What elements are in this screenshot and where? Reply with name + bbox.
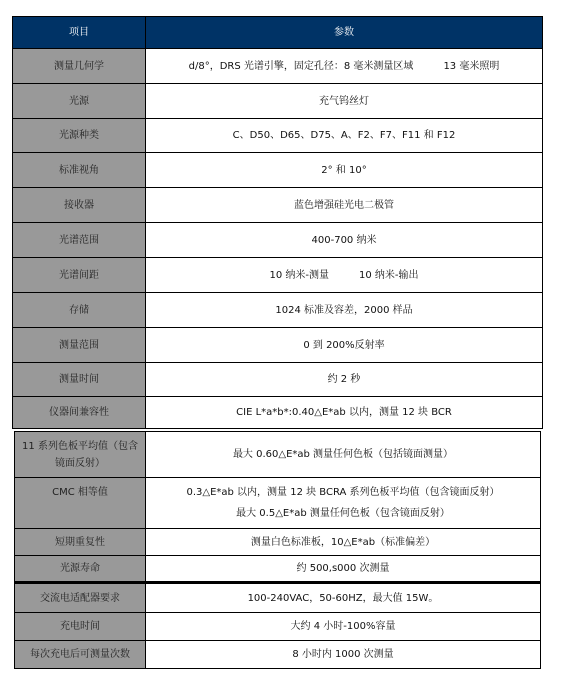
row-value: 2° 和 10° <box>146 153 543 188</box>
row-value: 8 小时内 1000 次测量 <box>146 641 541 669</box>
row-value: d/8°，DRS 光谱引擎，固定孔径：8 毫米测量区域13 毫米照明 <box>146 49 543 84</box>
table-row: 测量时间 约 2 秒 <box>13 363 543 397</box>
table-row: 标准视角 2° 和 10° <box>13 153 543 188</box>
row-label: 光源 <box>13 84 146 119</box>
row-label: 每次充电后可测量次数 <box>15 641 146 669</box>
table-row: CMC 相等值 0.3△E*ab 以内，测量 12 块 BCRA 系列色板平均值… <box>15 478 541 529</box>
row-label: CMC 相等值 <box>15 478 146 529</box>
table-row: 仪器间兼容性 CIE L*a*b*:0.40△E*ab 以内，测量 12 块 B… <box>13 397 543 429</box>
table-row: 光源 充气钨丝灯 <box>13 84 543 119</box>
row-label: 标准视角 <box>13 153 146 188</box>
row-value: 0.3△E*ab 以内，测量 12 块 BCRA 系列色板平均值（包含镜面反射）… <box>146 478 541 529</box>
row-value: 充气钨丝灯 <box>146 84 543 119</box>
row-label: 交流电适配器要求 <box>15 583 146 613</box>
row-value-line: 最大 0.5△E*ab 测量任何色板（包含镜面反射） <box>150 503 536 524</box>
spec-table-lower: 11 系列色板平均值（包含镜面反射） 最大 0.60△E*ab 测量任何色板（包… <box>14 431 541 669</box>
row-value-part: 10 纳米-输出 <box>359 270 419 281</box>
row-value: 测量白色标准板，10△E*ab（标准偏差） <box>146 529 541 556</box>
row-value: 约 500,s000 次测量 <box>146 556 541 583</box>
row-label: 光源寿命 <box>15 556 146 583</box>
row-value: C、D50、D65、D75、A、F2、F7、F11 和 F12 <box>146 119 543 153</box>
row-label: 短期重复性 <box>15 529 146 556</box>
table-row: 交流电适配器要求 100-240VAC，50-60HZ，最大值 15W。 <box>15 583 541 613</box>
table-row: 光源寿命 约 500,s000 次测量 <box>15 556 541 583</box>
row-value: 0 到 200%反射率 <box>146 328 543 363</box>
row-label: 光源种类 <box>13 119 146 153</box>
row-label: 测量范围 <box>13 328 146 363</box>
row-label: 光谱间距 <box>13 258 146 293</box>
table-row: 光谱范围 400-700 纳米 <box>13 223 543 258</box>
table-row: 充电时间 大约 4 小时-100%容量 <box>15 613 541 641</box>
row-value-part: 13 毫米照明 <box>443 61 499 72</box>
table-row: 光谱间距 10 纳米-测量10 纳米-输出 <box>13 258 543 293</box>
row-value: 400-700 纳米 <box>146 223 543 258</box>
header-param: 参数 <box>146 17 543 49</box>
table-row: 光源种类 C、D50、D65、D75、A、F2、F7、F11 和 F12 <box>13 119 543 153</box>
row-label: 接收器 <box>13 188 146 223</box>
table-row: 11 系列色板平均值（包含镜面反射） 最大 0.60△E*ab 测量任何色板（包… <box>15 432 541 478</box>
row-value-part: 10 纳米-测量 <box>269 270 329 281</box>
row-value: 100-240VAC，50-60HZ，最大值 15W。 <box>146 583 541 613</box>
row-value-line: 0.3△E*ab 以内，测量 12 块 BCRA 系列色板平均值（包含镜面反射） <box>150 482 536 503</box>
table-row: 存储 1024 标准及容差，2000 样品 <box>13 293 543 328</box>
row-label: 充电时间 <box>15 613 146 641</box>
row-label: 测量时间 <box>13 363 146 397</box>
row-value: 最大 0.60△E*ab 测量任何色板（包括镜面测量） <box>146 432 541 478</box>
row-value-part: d/8°，DRS 光谱引擎，固定孔径：8 毫米测量区域 <box>189 61 414 72</box>
row-value: 1024 标准及容差，2000 样品 <box>146 293 543 328</box>
header-item: 项目 <box>13 17 146 49</box>
row-label: 11 系列色板平均值（包含镜面反射） <box>15 432 146 478</box>
table-row: 测量几何学 d/8°，DRS 光谱引擎，固定孔径：8 毫米测量区域13 毫米照明 <box>13 49 543 84</box>
table-row: 测量范围 0 到 200%反射率 <box>13 328 543 363</box>
row-value: 10 纳米-测量10 纳米-输出 <box>146 258 543 293</box>
row-value: 约 2 秒 <box>146 363 543 397</box>
spec-table-upper: 项目 参数 测量几何学 d/8°，DRS 光谱引擎，固定孔径：8 毫米测量区域1… <box>12 16 543 429</box>
table-row: 每次充电后可测量次数 8 小时内 1000 次测量 <box>15 641 541 669</box>
row-label: 存储 <box>13 293 146 328</box>
row-value: CIE L*a*b*:0.40△E*ab 以内，测量 12 块 BCR <box>146 397 543 429</box>
table-row: 接收器 蓝色增强硅光电二极管 <box>13 188 543 223</box>
row-label: 仪器间兼容性 <box>13 397 146 429</box>
row-label: 测量几何学 <box>13 49 146 84</box>
row-label: 光谱范围 <box>13 223 146 258</box>
table-header-row: 项目 参数 <box>13 17 543 49</box>
table-row: 短期重复性 测量白色标准板，10△E*ab（标准偏差） <box>15 529 541 556</box>
row-value: 蓝色增强硅光电二极管 <box>146 188 543 223</box>
row-value: 大约 4 小时-100%容量 <box>146 613 541 641</box>
